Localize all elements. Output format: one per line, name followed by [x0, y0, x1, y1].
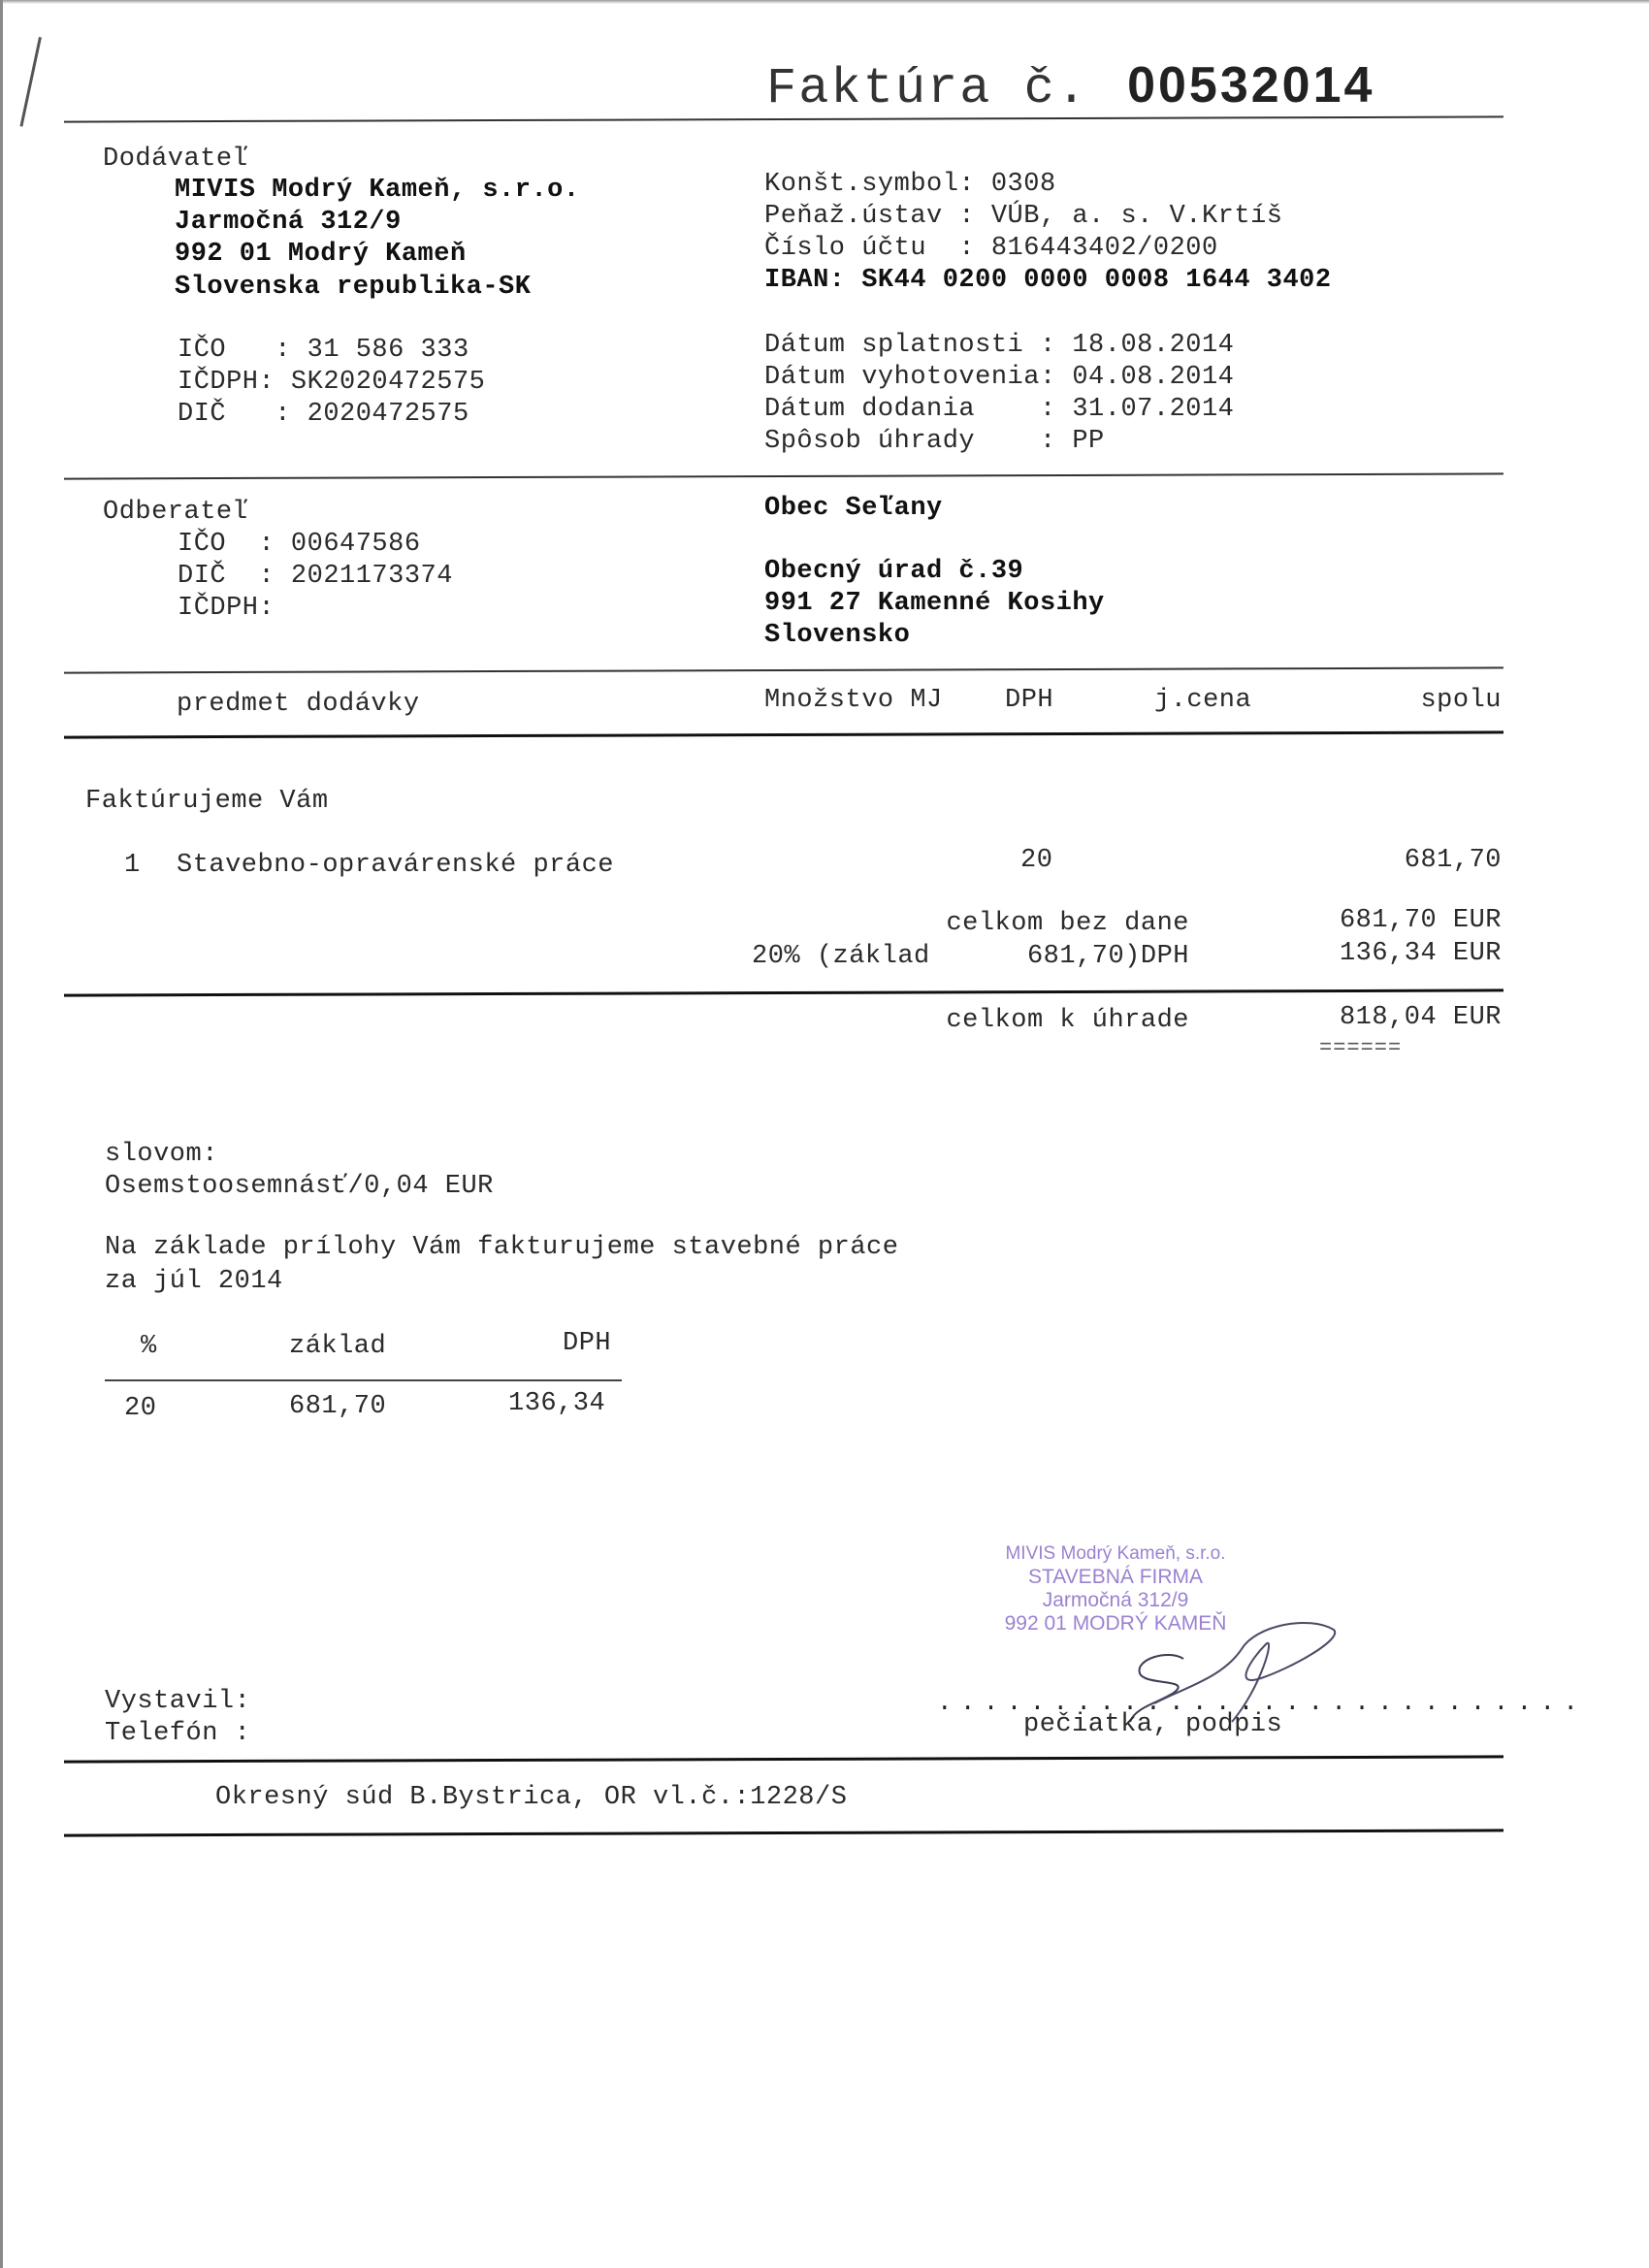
sposob-uhrady: Spôsob úhrady : PP [764, 426, 1105, 457]
pen-mark [19, 37, 41, 127]
supplier-name: MIVIS Modrý Kameň, s.r.o. [175, 175, 580, 206]
vat-value: 136,34 EUR [1261, 938, 1502, 969]
cislo-uctu: Číslo účtu : 816443402/0200 [764, 233, 1218, 264]
telefon-label: Telefón : [105, 1718, 250, 1749]
total-k-uhrade-label: celkom k úhrade [873, 1005, 1189, 1036]
customer-rule [64, 666, 1503, 673]
konst-symbol: Konšt.symbol: 0308 [764, 169, 1056, 200]
vat-label: 20% (základ 681,70)DPH [679, 941, 1189, 972]
supplier-ico: IČO : 31 586 333 [178, 335, 469, 366]
row-total: 681,70 [1309, 845, 1502, 876]
customer-dic: DIČ : 2021173374 [178, 561, 453, 592]
scan-top-shadow [0, 0, 1649, 4]
supplier-rule [64, 472, 1503, 479]
words-label: slovom: [105, 1139, 218, 1170]
vat-summary-header-dph: DPH [563, 1328, 611, 1359]
header-dph: DPH [1005, 685, 1053, 716]
vat-summary-rule [105, 1379, 622, 1381]
total-bez-dane-label: celkom bez dane [873, 908, 1189, 939]
row-number: 1 [124, 850, 141, 881]
supplier-dic: DIČ : 2020472575 [178, 399, 469, 430]
invoice-title-label: Faktúra č. [766, 60, 1088, 117]
datum-splatnosti: Dátum splatnosti : 18.08.2014 [764, 330, 1234, 361]
header-rule [64, 730, 1503, 738]
note-line2: za júl 2014 [105, 1266, 283, 1297]
items-intro: Faktúrujeme Vám [85, 786, 329, 817]
scan-page-edge [0, 0, 3, 2268]
supplier-section-label: Dodávateľ [103, 144, 248, 175]
note-line1: Na základe prílohy Vám fakturujeme stave… [105, 1232, 898, 1263]
court-registration: Okresný súd B.Bystrica, OR vl.č.:1228/S [215, 1782, 847, 1813]
total-double-underline: ====== [1319, 1036, 1402, 1060]
vat-summary-header-base: základ [289, 1331, 386, 1362]
row-description: Stavebno-opravárenské práce [177, 850, 614, 881]
row-dph: 20 [1020, 845, 1052, 876]
vat-summary-base: 681,70 [289, 1391, 386, 1422]
supplier-city: 992 01 Modrý Kameň [175, 239, 467, 270]
footer-rule-top [64, 1755, 1503, 1763]
header-total: spolu [1358, 685, 1502, 716]
vat-summary-dph: 136,34 [508, 1388, 605, 1419]
totals-rule [64, 988, 1503, 996]
supplier-country: Slovenska republika-SK [175, 272, 531, 303]
stamp-line1: MIVIS Modrý Kameň, s.r.o. [955, 1542, 1276, 1566]
header-item: predmet dodávky [177, 689, 420, 720]
footer-rule-bottom [64, 1829, 1503, 1836]
supplier-icdph: IČDPH: SK2020472575 [178, 367, 485, 398]
customer-icdph: IČDPH: [178, 593, 275, 624]
stamp-line3: Jarmočná 312/9 [955, 1589, 1276, 1612]
iban: IBAN: SK44 0200 0000 0008 1644 3402 [764, 265, 1332, 296]
vat-summary-header-pct: % [141, 1331, 157, 1362]
datum-vyhotovenia: Dátum vyhotovenia: 04.08.2014 [764, 362, 1234, 393]
stamp-line2: STAVEBNÁ FIRMA [955, 1566, 1276, 1589]
customer-country: Slovensko [764, 620, 910, 651]
invoice-title: Faktúra č.00532014 [766, 56, 1374, 118]
penazny-ustav: Peňaž.ústav : VÚB, a. s. V.Krtíš [764, 201, 1282, 232]
customer-city: 991 27 Kamenné Kosihy [764, 588, 1105, 619]
header-qty-mj: Množstvo MJ [764, 685, 943, 716]
vat-summary-pct: 20 [124, 1393, 156, 1424]
customer-street: Obecný úrad č.39 [764, 556, 1023, 587]
total-bez-dane-value: 681,70 EUR [1261, 905, 1502, 936]
signature-label: pečiatka, podpis [1023, 1709, 1282, 1740]
customer-section-label: Odberateľ [103, 497, 248, 528]
vystavil-label: Vystavil: [105, 1686, 250, 1717]
datum-dodania: Dátum dodania : 31.07.2014 [764, 394, 1234, 425]
total-k-uhrade-value: 818,04 EUR [1261, 1002, 1502, 1033]
customer-name: Obec Seľany [764, 493, 943, 524]
customer-ico: IČO : 00647586 [178, 529, 421, 560]
invoice-number: 00532014 [1127, 57, 1374, 113]
header-unit-price: j.cena [1154, 685, 1251, 716]
supplier-street: Jarmočná 312/9 [175, 207, 402, 238]
words-value: Osemstoosemnásť/0,04 EUR [105, 1171, 494, 1202]
